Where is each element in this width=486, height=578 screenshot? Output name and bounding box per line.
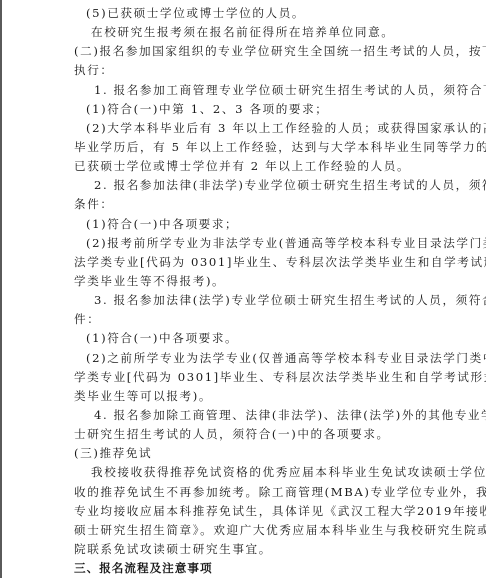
document-page: (5)已获硕士学位或博士学位的人员。 在校研究生报考须在报名前征得所在培养单位同… — [74, 4, 414, 578]
doc-line: 类毕业生等可以报考)。 — [74, 387, 414, 406]
doc-line: 条件： — [74, 195, 414, 214]
doc-line: 学类毕业生等不得报考)。 — [74, 272, 414, 291]
doc-line: (2)之前所学专业为法学专业(仅普通高等学校本科专业目录法学门类中的法 — [74, 349, 414, 368]
doc-line: 院联系免试攻读硕士研究生事宜。 — [74, 540, 414, 559]
doc-item-3: 3. 报名参加法律(法学)专业学位硕士研究生招生考试的人员，须符合下列条 — [74, 291, 414, 310]
window-left-border — [0, 0, 2, 578]
doc-item-2: 2. 报名参加法律(非法学)专业学位硕士研究生招生考试的人员，须符合下列 — [74, 176, 414, 195]
doc-line: 收的推荐免试生不再参加统考。除工商管理(MBA)专业学位专业外，我校其他各 — [74, 483, 414, 502]
doc-line: (2)报考前所学专业为非法学专业(普通高等学校本科专业目录法学门类中的 — [74, 234, 414, 253]
doc-line: 在校研究生报考须在报名前征得所在培养单位同意。 — [74, 23, 414, 42]
doc-line: 硕士研究生招生简章》。欢迎广大优秀应届本科毕业生与我校研究生院或相关学 — [74, 521, 414, 540]
doc-line: 执行： — [74, 61, 414, 80]
doc-line: 法学类专业[代码为 0301]毕业生、专科层次法学类毕业生和自学考试形式的法 — [74, 253, 414, 272]
doc-line: (1)符合(一)中各项要求； — [74, 215, 414, 234]
doc-line: 已获硕士学位或博士学位并有 2 年以上工作经验的人员。 — [74, 157, 414, 176]
doc-line: (1)符合(一)中第 1、2、3 各项的要求； — [74, 100, 414, 119]
doc-line: (2)大学本科毕业后有 3 年以上工作经验的人员；或获得国家承认的高职高专 — [74, 119, 414, 138]
subsection-heading-2: (二)报名参加国家组织的专业学位研究生全国统一招生考试的人员，按下列规定 — [74, 42, 414, 61]
doc-line: 学类专业[代码为 0301]毕业生、专科层次法学类毕业生和自学考试形式的法学 — [74, 368, 414, 387]
doc-line: 专业均接收应届本科推荐免试生，具体详见《武汉工程大学2019年接收推荐免试 — [74, 502, 414, 521]
doc-line: 毕业学历后，有 5 年以上工作经验，达到与大学本科毕业生同等学力的人员；或 — [74, 138, 414, 157]
doc-item-4: 4. 报名参加除工商管理、法律(非法学)、法律(法学)外的其他专业学位硕 — [74, 406, 414, 425]
section-heading: 三、报名流程及注意事项 — [74, 559, 414, 578]
doc-line: 士研究生招生考试的人员，须符合(一)中的各项要求。 — [74, 425, 414, 444]
doc-line: (1)符合(一)中各项要求。 — [74, 329, 414, 348]
doc-line: 我校接收获得推荐免试资格的优秀应届本科毕业生免试攻读硕士学位，被接 — [74, 463, 414, 482]
subsection-heading-3: (三)推荐免试 — [74, 444, 414, 463]
doc-line: (5)已获硕士学位或博士学位的人员。 — [74, 4, 414, 23]
doc-line: 件： — [74, 310, 414, 329]
doc-item-1: 1. 报名参加工商管理专业学位硕士研究生招生考试的人员，须符合下列条件： — [74, 81, 414, 100]
